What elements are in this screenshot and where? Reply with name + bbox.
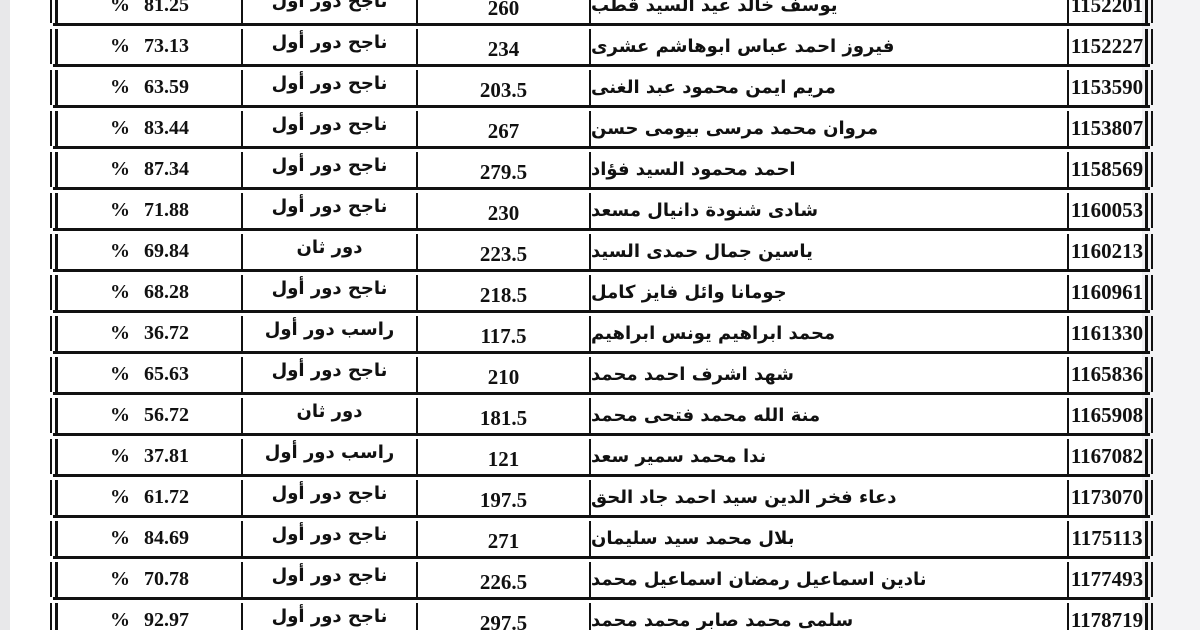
percentage-cell: % 56.72 bbox=[58, 398, 241, 433]
table-row: % 63.59 ناجح دور أول 203.5 مريم ايمن محم… bbox=[50, 64, 1153, 105]
table-border bbox=[50, 152, 52, 187]
seat-number: 1158569 bbox=[1071, 157, 1143, 182]
total-score: 267 bbox=[488, 119, 520, 144]
table-row: % 65.63 ناجح دور أول 210 شهد اشرف احمد م… bbox=[50, 351, 1153, 392]
result-status-cell: ناجح دور أول bbox=[241, 521, 416, 556]
table-border bbox=[50, 357, 52, 392]
seat-number: 1177493 bbox=[1071, 567, 1143, 592]
table-border bbox=[1151, 439, 1153, 474]
total-score: 218.5 bbox=[480, 283, 527, 308]
student-name-cell: احمد محمود السيد فؤاد bbox=[589, 152, 1067, 187]
seat-number-cell: 1165908 bbox=[1067, 398, 1147, 433]
student-name: يوسف خالد عيد السيد قطب bbox=[591, 0, 838, 16]
seat-number-cell: 1158569 bbox=[1067, 152, 1147, 187]
total-score-cell: 121 bbox=[416, 439, 589, 474]
student-name: احمد محمود السيد فؤاد bbox=[591, 159, 796, 180]
student-name: نادين اسماعيل رمضان اسماعيل محمد bbox=[591, 569, 927, 590]
total-score-cell: 197.5 bbox=[416, 480, 589, 515]
table-border bbox=[50, 439, 52, 474]
table-row: % 71.88 ناجح دور أول 230 شادى شنودة داني… bbox=[50, 187, 1153, 228]
results-table: % 81.25 ناجح دور أول 260 يوسف خالد عيد ا… bbox=[50, 0, 1153, 630]
student-name: شهد اشرف احمد محمد bbox=[591, 364, 794, 385]
result-status-cell: ناجح دور أول bbox=[241, 70, 416, 105]
percentage-value: 73.13 bbox=[144, 35, 189, 58]
table-border bbox=[50, 316, 52, 351]
table-border bbox=[50, 398, 52, 433]
student-name: مريم ايمن محمود عبد الغنى bbox=[591, 77, 836, 98]
percent-symbol: % bbox=[110, 609, 130, 630]
seat-number: 1160961 bbox=[1071, 280, 1143, 305]
percentage-value: 56.72 bbox=[144, 404, 189, 427]
percentage-value: 81.25 bbox=[144, 0, 189, 17]
seat-number-cell: 1160053 bbox=[1067, 193, 1147, 228]
seat-number-cell: 1152201 bbox=[1067, 0, 1147, 23]
result-status: ناجح دور أول bbox=[272, 32, 388, 53]
percentage-cell: % 84.69 bbox=[58, 521, 241, 556]
seat-number-cell: 1178719 bbox=[1067, 603, 1147, 630]
table-border bbox=[1151, 152, 1153, 187]
percent-symbol: % bbox=[110, 0, 130, 17]
table-row: % 61.72 ناجح دور أول 197.5 دعاء فخر الدي… bbox=[50, 474, 1153, 515]
result-status: ناجح دور أول bbox=[272, 524, 388, 545]
page-edge-left bbox=[0, 0, 10, 630]
table-border bbox=[1151, 480, 1153, 515]
seat-number: 1160213 bbox=[1071, 239, 1143, 264]
table-row: % 92.97 ناجح دور أول 297.5 سلمى محمد صاب… bbox=[50, 597, 1153, 630]
result-status-cell: ناجح دور أول bbox=[241, 193, 416, 228]
result-status-cell: ناجح دور أول bbox=[241, 562, 416, 597]
result-status: ناجح دور أول bbox=[272, 278, 388, 299]
table-border bbox=[1151, 275, 1153, 310]
student-name-cell: منة الله محمد فتحى محمد bbox=[589, 398, 1067, 433]
percentage-value: 92.97 bbox=[144, 609, 189, 630]
student-name: شادى شنودة دانيال مسعد bbox=[591, 200, 818, 221]
table-border bbox=[1151, 398, 1153, 433]
seat-number: 1175113 bbox=[1071, 526, 1142, 551]
table-row: % 68.28 ناجح دور أول 218.5 جومانا وائل ف… bbox=[50, 269, 1153, 310]
total-score: 121 bbox=[488, 447, 520, 472]
result-status-cell: ناجح دور أول bbox=[241, 0, 416, 23]
table-border bbox=[50, 562, 52, 597]
percentage-cell: % 65.63 bbox=[58, 357, 241, 392]
seat-number-cell: 1175113 bbox=[1067, 521, 1147, 556]
result-status-cell: دور ثان bbox=[241, 398, 416, 433]
table-border bbox=[1151, 521, 1153, 556]
student-name: محمد ابراهيم يونس ابراهيم bbox=[591, 323, 835, 344]
seat-number-cell: 1165836 bbox=[1067, 357, 1147, 392]
table-border bbox=[1151, 70, 1153, 105]
student-name: منة الله محمد فتحى محمد bbox=[591, 405, 820, 426]
table-row: % 73.13 ناجح دور أول 234 فيروز احمد عباس… bbox=[50, 23, 1153, 64]
percent-symbol: % bbox=[110, 35, 130, 58]
total-score-cell: 117.5 bbox=[416, 316, 589, 351]
percentage-value: 68.28 bbox=[144, 281, 189, 304]
percent-symbol: % bbox=[110, 404, 130, 427]
table-border bbox=[50, 480, 52, 515]
result-status: دور ثان bbox=[297, 401, 363, 422]
results-document: % 81.25 ناجح دور أول 260 يوسف خالد عيد ا… bbox=[10, 0, 1142, 630]
total-score: 117.5 bbox=[480, 324, 526, 349]
result-status: ناجح دور أول bbox=[272, 483, 388, 504]
student-name-cell: سلمى محمد صابر محمد محمد bbox=[589, 603, 1067, 630]
percentage-value: 70.78 bbox=[144, 568, 189, 591]
result-status: ناجح دور أول bbox=[272, 0, 388, 12]
seat-number: 1161330 bbox=[1071, 321, 1143, 346]
percent-symbol: % bbox=[110, 76, 130, 99]
total-score-cell: 297.5 bbox=[416, 603, 589, 630]
seat-number: 1152227 bbox=[1071, 34, 1143, 59]
table-border bbox=[1151, 357, 1153, 392]
table-border bbox=[50, 29, 52, 64]
total-score: 234 bbox=[488, 37, 520, 62]
total-score-cell: 210 bbox=[416, 357, 589, 392]
total-score-cell: 271 bbox=[416, 521, 589, 556]
student-name: جومانا وائل فايز كامل bbox=[591, 282, 787, 303]
seat-number-cell: 1173070 bbox=[1067, 480, 1147, 515]
seat-number: 1153590 bbox=[1071, 75, 1143, 100]
table-border bbox=[1151, 193, 1153, 228]
total-score: 297.5 bbox=[480, 611, 527, 630]
percent-symbol: % bbox=[110, 281, 130, 304]
total-score: 279.5 bbox=[480, 160, 527, 185]
table-row: % 81.25 ناجح دور أول 260 يوسف خالد عيد ا… bbox=[50, 0, 1153, 23]
result-status: ناجح دور أول bbox=[272, 606, 388, 627]
student-name-cell: ندا محمد سمير سعد bbox=[589, 439, 1067, 474]
seat-number-cell: 1167082 bbox=[1067, 439, 1147, 474]
student-name-cell: دعاء فخر الدين سيد احمد جاد الحق bbox=[589, 480, 1067, 515]
table-border bbox=[1151, 316, 1153, 351]
student-name-cell: محمد ابراهيم يونس ابراهيم bbox=[589, 316, 1067, 351]
result-status-cell: ناجح دور أول bbox=[241, 29, 416, 64]
student-name-cell: مروان محمد مرسى بيومى حسن bbox=[589, 111, 1067, 146]
total-score: 271 bbox=[488, 529, 520, 554]
percent-symbol: % bbox=[110, 363, 130, 386]
percentage-cell: % 92.97 bbox=[58, 603, 241, 630]
student-name: ندا محمد سمير سعد bbox=[591, 446, 766, 467]
table-border bbox=[50, 0, 52, 23]
result-status-cell: ناجح دور أول bbox=[241, 152, 416, 187]
seat-number-cell: 1153590 bbox=[1067, 70, 1147, 105]
percentage-cell: % 36.72 bbox=[58, 316, 241, 351]
seat-number: 1167082 bbox=[1071, 444, 1143, 469]
student-name: دعاء فخر الدين سيد احمد جاد الحق bbox=[591, 487, 896, 508]
result-status: ناجح دور أول bbox=[272, 565, 388, 586]
student-name-cell: فيروز احمد عباس ابوهاشم عشرى bbox=[589, 29, 1067, 64]
seat-number-cell: 1161330 bbox=[1067, 316, 1147, 351]
student-name-cell: نادين اسماعيل رمضان اسماعيل محمد bbox=[589, 562, 1067, 597]
table-border bbox=[50, 521, 52, 556]
percentage-value: 69.84 bbox=[144, 240, 189, 263]
seat-number: 1152201 bbox=[1071, 0, 1143, 18]
table-border bbox=[1151, 29, 1153, 64]
student-name: ياسين جمال حمدى السيد bbox=[591, 241, 813, 262]
result-status-cell: دور ثان bbox=[241, 234, 416, 269]
total-score-cell: 223.5 bbox=[416, 234, 589, 269]
percent-symbol: % bbox=[110, 117, 130, 140]
percentage-cell: % 81.25 bbox=[58, 0, 241, 23]
table-border bbox=[50, 193, 52, 228]
seat-number: 1165908 bbox=[1071, 403, 1143, 428]
table-row: % 70.78 ناجح دور أول 226.5 نادين اسماعيل… bbox=[50, 556, 1153, 597]
percentage-value: 63.59 bbox=[144, 76, 189, 99]
percentage-cell: % 71.88 bbox=[58, 193, 241, 228]
total-score: 203.5 bbox=[480, 78, 527, 103]
percent-symbol: % bbox=[110, 322, 130, 345]
result-status: ناجح دور أول bbox=[272, 155, 388, 176]
table-border bbox=[50, 70, 52, 105]
result-status-cell: راسب دور أول bbox=[241, 439, 416, 474]
table-border bbox=[50, 234, 52, 269]
table-border bbox=[1151, 234, 1153, 269]
seat-number-cell: 1160213 bbox=[1067, 234, 1147, 269]
total-score-cell: 203.5 bbox=[416, 70, 589, 105]
student-name-cell: يوسف خالد عيد السيد قطب bbox=[589, 0, 1067, 23]
seat-number-cell: 1160961 bbox=[1067, 275, 1147, 310]
percentage-cell: % 63.59 bbox=[58, 70, 241, 105]
percent-symbol: % bbox=[110, 527, 130, 550]
percentage-cell: % 68.28 bbox=[58, 275, 241, 310]
total-score-cell: 267 bbox=[416, 111, 589, 146]
total-score: 210 bbox=[488, 365, 520, 390]
percentage-value: 83.44 bbox=[144, 117, 189, 140]
table-row: % 83.44 ناجح دور أول 267 مروان محمد مرسى… bbox=[50, 105, 1153, 146]
seat-number: 1178719 bbox=[1071, 608, 1143, 630]
table-row: % 56.72 دور ثان 181.5 منة الله محمد فتحى… bbox=[50, 392, 1153, 433]
percentage-cell: % 37.81 bbox=[58, 439, 241, 474]
percentage-value: 87.34 bbox=[144, 158, 189, 181]
percentage-cell: % 69.84 bbox=[58, 234, 241, 269]
result-status-cell: ناجح دور أول bbox=[241, 603, 416, 630]
percent-symbol: % bbox=[110, 158, 130, 181]
total-score: 197.5 bbox=[480, 488, 527, 513]
percentage-value: 65.63 bbox=[144, 363, 189, 386]
percent-symbol: % bbox=[110, 199, 130, 222]
percentage-cell: % 70.78 bbox=[58, 562, 241, 597]
table-row: % 84.69 ناجح دور أول 271 بلال محمد سيد س… bbox=[50, 515, 1153, 556]
table-row: % 36.72 راسب دور أول 117.5 محمد ابراهيم … bbox=[50, 310, 1153, 351]
seat-number-cell: 1177493 bbox=[1067, 562, 1147, 597]
table-border bbox=[1151, 603, 1153, 630]
result-status-cell: راسب دور أول bbox=[241, 316, 416, 351]
total-score: 226.5 bbox=[480, 570, 527, 595]
table-border bbox=[1151, 562, 1153, 597]
result-status-cell: ناجح دور أول bbox=[241, 480, 416, 515]
total-score-cell: 181.5 bbox=[416, 398, 589, 433]
result-status-cell: ناجح دور أول bbox=[241, 111, 416, 146]
percentage-value: 84.69 bbox=[144, 527, 189, 550]
result-status: ناجح دور أول bbox=[272, 114, 388, 135]
table-border bbox=[50, 111, 52, 146]
total-score-cell: 218.5 bbox=[416, 275, 589, 310]
percent-symbol: % bbox=[110, 445, 130, 468]
result-status: دور ثان bbox=[297, 237, 363, 258]
result-status: ناجح دور أول bbox=[272, 196, 388, 217]
total-score-cell: 230 bbox=[416, 193, 589, 228]
percentage-value: 37.81 bbox=[144, 445, 189, 468]
percentage-value: 36.72 bbox=[144, 322, 189, 345]
result-status-cell: ناجح دور أول bbox=[241, 275, 416, 310]
percentage-cell: % 73.13 bbox=[58, 29, 241, 64]
total-score: 260 bbox=[488, 0, 520, 21]
percentage-value: 61.72 bbox=[144, 486, 189, 509]
student-name-cell: بلال محمد سيد سليمان bbox=[589, 521, 1067, 556]
table-border bbox=[50, 603, 52, 630]
student-name: مروان محمد مرسى بيومى حسن bbox=[591, 118, 878, 139]
percent-symbol: % bbox=[110, 568, 130, 591]
total-score-cell: 279.5 bbox=[416, 152, 589, 187]
student-name-cell: مريم ايمن محمود عبد الغنى bbox=[589, 70, 1067, 105]
result-status: ناجح دور أول bbox=[272, 73, 388, 94]
total-score-cell: 260 bbox=[416, 0, 589, 23]
total-score-cell: 234 bbox=[416, 29, 589, 64]
total-score: 181.5 bbox=[480, 406, 527, 431]
total-score-cell: 226.5 bbox=[416, 562, 589, 597]
student-name-cell: ياسين جمال حمدى السيد bbox=[589, 234, 1067, 269]
percent-symbol: % bbox=[110, 240, 130, 263]
table-border bbox=[1151, 0, 1153, 23]
result-status-cell: ناجح دور أول bbox=[241, 357, 416, 392]
percentage-value: 71.88 bbox=[144, 199, 189, 222]
student-name-cell: شادى شنودة دانيال مسعد bbox=[589, 193, 1067, 228]
total-score: 223.5 bbox=[480, 242, 527, 267]
seat-number-cell: 1153807 bbox=[1067, 111, 1147, 146]
student-name: سلمى محمد صابر محمد محمد bbox=[591, 610, 853, 630]
percent-symbol: % bbox=[110, 486, 130, 509]
student-name-cell: جومانا وائل فايز كامل bbox=[589, 275, 1067, 310]
total-score: 230 bbox=[488, 201, 520, 226]
percentage-cell: % 83.44 bbox=[58, 111, 241, 146]
table-row: % 69.84 دور ثان 223.5 ياسين جمال حمدى ال… bbox=[50, 228, 1153, 269]
percentage-cell: % 61.72 bbox=[58, 480, 241, 515]
result-status: راسب دور أول bbox=[265, 442, 395, 463]
result-status: ناجح دور أول bbox=[272, 360, 388, 381]
table-border bbox=[1151, 111, 1153, 146]
student-name-cell: شهد اشرف احمد محمد bbox=[589, 357, 1067, 392]
seat-number: 1165836 bbox=[1071, 362, 1143, 387]
table-row: % 37.81 راسب دور أول 121 ندا محمد سمير س… bbox=[50, 433, 1153, 474]
seat-number-cell: 1152227 bbox=[1067, 29, 1147, 64]
table-row: % 87.34 ناجح دور أول 279.5 احمد محمود ال… bbox=[50, 146, 1153, 187]
student-name: فيروز احمد عباس ابوهاشم عشرى bbox=[591, 36, 894, 57]
seat-number: 1153807 bbox=[1071, 116, 1143, 141]
table-border bbox=[50, 275, 52, 310]
percentage-cell: % 87.34 bbox=[58, 152, 241, 187]
seat-number: 1173070 bbox=[1071, 485, 1143, 510]
seat-number: 1160053 bbox=[1071, 198, 1143, 223]
student-name: بلال محمد سيد سليمان bbox=[591, 528, 794, 549]
result-status: راسب دور أول bbox=[265, 319, 395, 340]
